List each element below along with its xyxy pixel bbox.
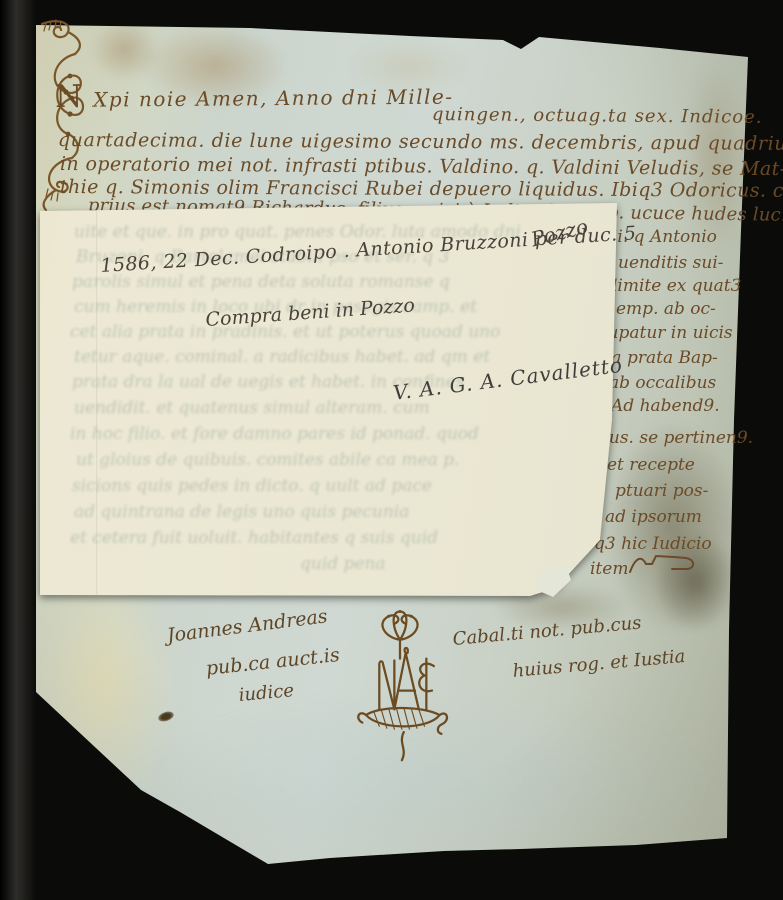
notary-sign-monogram: [350, 604, 450, 764]
ghost-line: ut gloius de quibuis. comites abile ca m…: [76, 452, 459, 469]
ghost-line: sicions quis pedes in dicto. q uult ad p…: [72, 478, 432, 495]
ghost-line: cet alia prata in pradinis. et ut poteru…: [70, 324, 500, 341]
ghost-line: in hoc filio. et fore damno pares id pon…: [70, 426, 479, 443]
ghost-line: uendidit. et quatenus simul alteram. cum: [74, 400, 430, 417]
manuscript-photo: N Xpi noie Amen, Anno dni Mille-quingen.…: [0, 0, 783, 900]
notary-title-line3: iudice: [238, 682, 295, 705]
ghost-line: parolis simul et pena deta soluta romans…: [72, 274, 450, 291]
show-through-ghost-text: uite et que. in pro quat. penes Odor. lu…: [0, 0, 783, 900]
ghost-line: et cetera fuit uoluit. habitantes q suis…: [70, 530, 438, 547]
ghost-line: quid pena: [300, 556, 386, 573]
ghost-line: tetur aque. cominal. a radicibus habet. …: [74, 349, 490, 366]
ghost-line: ad quintrana de legis uno quis pecunia: [74, 504, 409, 521]
